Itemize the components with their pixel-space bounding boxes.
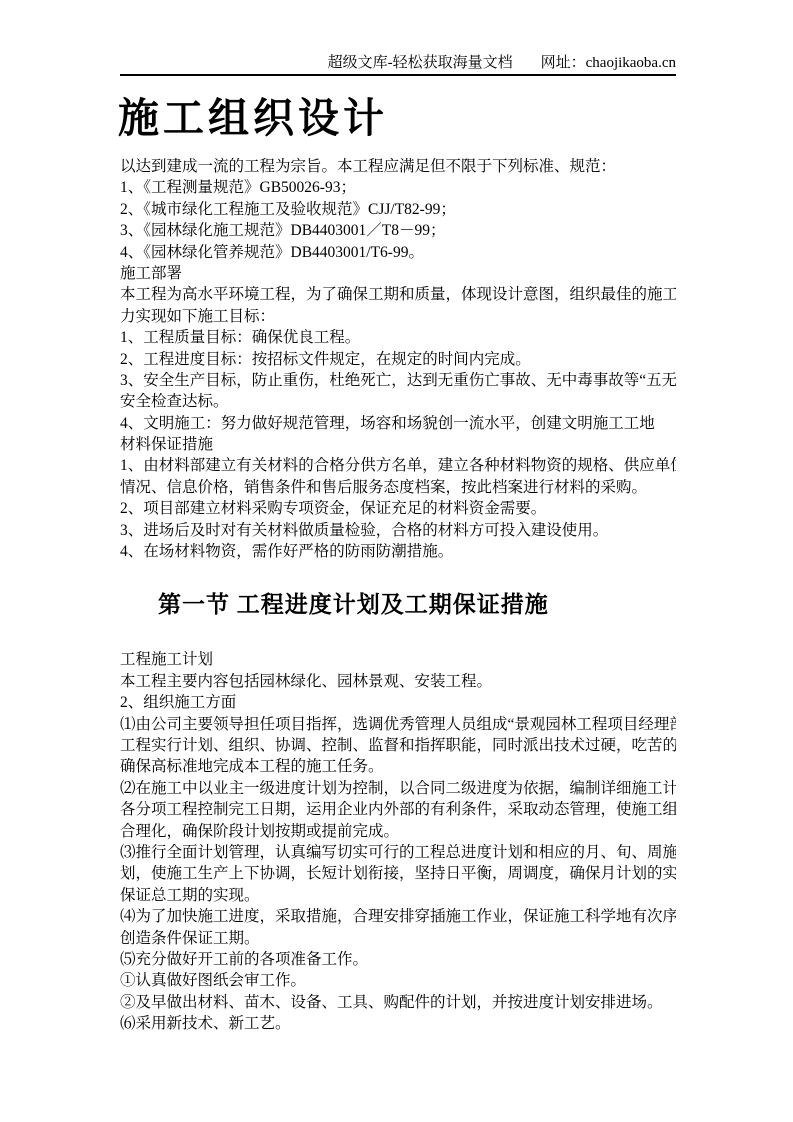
body-block-2: 工程施工计划本工程主要内容包括园林绿化、园林景观、安装工程。2、组织施工方面⑴由… [120,649,676,1034]
text-line: ⑶推行全面计划管理，认真编写切实可行的工程总进度计划和相应的月、旬、周施工作业计 [120,842,676,863]
text-line: 各分项工程控制完工日期，运用企业内外部的有利条件，采取动态管理，使施工组织科学化… [120,799,676,820]
text-line: ⑹采用新技术、新工艺。 [120,1013,676,1034]
text-line: 情况、信息价格，销售条件和售后服务态度档案，按此档案进行材料的采购。 [120,477,676,498]
header-site-name: 超级文库-轻松获取海量文档 [328,55,513,71]
text-line: 保证总工期的实现。 [120,885,676,906]
text-line: 施工部署 [120,263,676,284]
page-header: 超级文库-轻松获取海量文档网址：chaojikaoba.cn [120,54,676,72]
text-line: 1、工程质量目标：确保优良工程。 [120,327,676,348]
document-page: { "header": { "site_name": "超级文库-轻松获取海量文… [0,0,793,1122]
text-line: 2、《城市绿化工程施工及验收规范》CJJ/T82-99； [120,199,676,220]
text-line: ①认真做好图纸会审工作。 [120,970,676,991]
text-line: 2、组织施工方面 [120,692,676,713]
text-line: 4、在场材料物资，需作好严格的防雨防潮措施。 [120,541,676,562]
text-line: 本工程主要内容包括园林绿化、园林景观、安装工程。 [120,671,676,692]
text-line: 工程实行计划、组织、协调、控制、监督和指挥职能，同时派出技术过硬，吃苦的施工队伍… [120,735,676,756]
text-line: 3、安全生产目标，防止重伤，杜绝死亡，达到无重伤亡事故、无中毒事故等“五无”求。 [120,370,676,391]
document-body: 以达到建成一流的工程为宗旨。本工程应满足但不限于下列标准、规范：1、《工程测量规… [120,156,676,1034]
text-line: 2、工程进度目标：按招标文件规定，在规定的时间内完成。 [120,349,676,370]
text-line: 以达到建成一流的工程为宗旨。本工程应满足但不限于下列标准、规范： [120,156,676,177]
text-line: ⑸充分做好开工前的各项准备工作。 [120,949,676,970]
header-site-url: 网址：chaojikaoba.cn [541,55,676,71]
header-rule [120,74,676,76]
text-line: 1、《工程测量规范》GB50026-93； [120,177,676,198]
body-block-1: 以达到建成一流的工程为宗旨。本工程应满足但不限于下列标准、规范：1、《工程测量规… [120,156,676,562]
text-line: 力实现如下施工目标： [120,306,676,327]
text-line: 安全检查达标。 [120,391,676,412]
text-line: 4、《园林绿化管养规范》DB4403001/T6-99。 [120,242,676,263]
text-line: ②及早做出材料、苗木、设备、工具、购配件的计划，并按进度计划安排进场。 [120,992,676,1013]
text-line: 2、项目部建立材料采购专项资金，保证充足的材料资金需要。 [120,498,676,519]
text-line: 合理化，确保阶段计划按期或提前完成。 [120,821,676,842]
document-title: 施工组织设计 [118,85,388,144]
text-line: ⑵在施工中以业主一级进度计划为控制，以合同二级进度为依据，编制详细施工计划，细划 [120,778,676,799]
text-line: 3、《园林绿化施工规范》DB4403001／T8－99； [120,220,676,241]
text-line: ⑴由公司主要领导担任项目指挥，选调优秀管理人员组成“景观园林工程项目经理部”，对 [120,714,676,735]
text-line: 材料保证措施 [120,434,676,455]
text-line: 本工程为高水平环境工程，为了确保工期和质量，体现设计意图，组织最佳的施工程序。全 [120,284,676,305]
text-line: 3、进场后及时对有关材料做质量检验，合格的材料方可投入建设使用。 [120,520,676,541]
text-line: ⑷为了加快施工进度，采取措施，合理安排穿插施工作业，保证施工科学地有次序地进行， [120,906,676,927]
text-line: 工程施工计划 [120,649,676,670]
text-line: 1、由材料部建立有关材料的合格分供方名单，建立各种材料物资的规格、供应单位、质量 [120,455,676,476]
text-line: 4、文明施工：努力做好规范管理，场容和场貌创一流水平，创建文明施工工地 [120,413,676,434]
text-line: 确保高标准地完成本工程的施工任务。 [120,756,676,777]
text-line: 划，使施工生产上下协调，长短计划衔接，坚持日平衡，周调度，确保月计划的实施，从而 [120,863,676,884]
section-heading: 第一节 工程进度计划及工期保证措施 [158,590,676,620]
text-line: 创造条件保证工期。 [120,928,676,949]
